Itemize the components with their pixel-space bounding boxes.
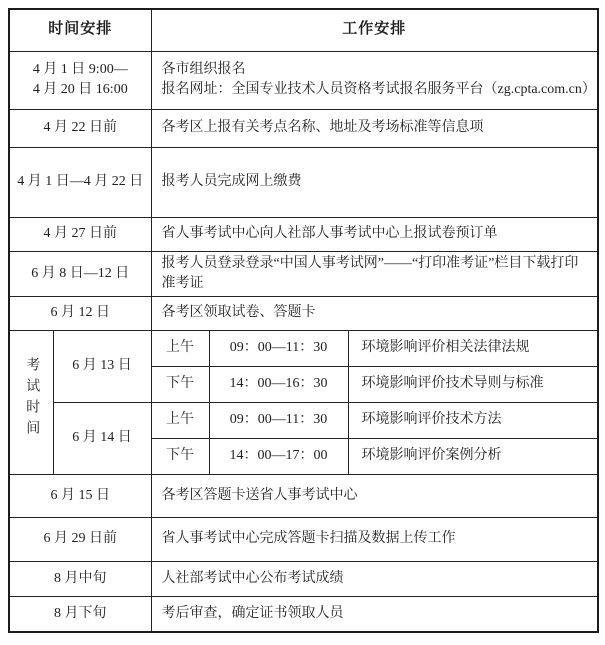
time-text: 4 月 1 日 9:00— 4 月 20 日 16:00 [33,60,128,101]
work-cell: 各考区答题卡送省人事考试中心 [151,475,598,518]
exam-time-label-cell: 考试时间 [9,331,53,475]
header-work-col: 工作安排 [151,9,598,51]
table-row: 6 月 8 日—12 日 报考人员登录登录“中国人事考试网”——“打印准考证”栏… [9,251,598,297]
work-cell: 省人事考试中心完成答题卡扫描及数据上传工作 [151,518,598,562]
time-cell: 8 月中旬 [9,562,151,597]
time-cell: 4 月 22 日前 [9,109,151,147]
table-row: 8 月下旬 考后审查，确定证书领取人员 [9,597,598,632]
exam-period-cell: 上午 [151,403,209,439]
table-row: 4 月 22 日前 各考区上报有关考点名称、地址及考场标准等信息项 [9,109,598,147]
time-cell: 6 月 29 日前 [9,518,151,562]
header-time-col: 时间安排 [9,9,151,51]
table-row: 6 月 29 日前 省人事考试中心完成答题卡扫描及数据上传工作 [9,518,598,562]
time-cell: 4 月 27 日前 [9,217,151,251]
time-cell: 6 月 15 日 [9,475,151,518]
exam-period-cell: 下午 [151,367,209,403]
schedule-table: 时间安排 工作安排 4 月 1 日 9:00— 4 月 20 日 16:00 各… [8,8,599,633]
exam-timerange-cell: 14：00—17：00 [209,439,348,475]
time-cell: 8 月下旬 [9,597,151,632]
time-cell: 6 月 8 日—12 日 [9,251,151,297]
work-cell: 考后审查，确定证书领取人员 [151,597,598,632]
exam-period-cell: 下午 [151,439,209,475]
work-cell: 人社部考试中心公布考试成绩 [151,562,598,597]
table-row: 6 月 15 日 各考区答题卡送省人事考试中心 [9,475,598,518]
exam-date-cell: 6 月 14 日 [53,403,151,475]
table-row: 4 月 1 日—4 月 22 日 报考人员完成网上缴费 [9,147,598,217]
exam-date-cell: 6 月 13 日 [53,331,151,403]
time-cell: 6 月 12 日 [9,297,151,331]
document-page: 时间安排 工作安排 4 月 1 日 9:00— 4 月 20 日 16:00 各… [0,0,605,645]
exam-timerange-cell: 14：00—16：30 [209,367,348,403]
exam-subject-cell: 环境影响评价技术方法 [348,403,598,439]
work-cell: 省人事考试中心向人社部人事考试中心上报试卷预订单 [151,217,598,251]
work-cell: 各考区领取试卷、答题卡 [151,297,598,331]
table-row: 8 月中旬 人社部考试中心公布考试成绩 [9,562,598,597]
work-cell: 各市组织报名 报名网址：全国专业技术人员资格考试报名服务平台（zg.cpta.c… [151,51,598,109]
table-row: 6 月 12 日 各考区领取试卷、答题卡 [9,297,598,331]
time-cell: 4 月 1 日—4 月 22 日 [9,147,151,217]
exam-timerange-cell: 09：00—11：30 [209,403,348,439]
work-cell: 报考人员完成网上缴费 [151,147,598,217]
exam-row: 6 月 14 日 上午 09：00—11：30 环境影响评价技术方法 [9,403,598,439]
table-row: 4 月 1 日 9:00— 4 月 20 日 16:00 各市组织报名 报名网址… [9,51,598,109]
exam-timerange-cell: 09：00—11：30 [209,331,348,367]
exam-subject-cell: 环境影响评价案例分析 [348,439,598,475]
exam-subject-cell: 环境影响评价技术导则与标准 [348,367,598,403]
exam-time-label: 考试时间 [24,357,38,441]
exam-row: 考试时间 6 月 13 日 上午 09：00—11：30 环境影响评价相关法律法… [9,331,598,367]
time-cell: 4 月 1 日 9:00— 4 月 20 日 16:00 [9,51,151,109]
work-cell: 报考人员登录登录“中国人事考试网”——“打印准考证”栏目下载打印准考证 [151,251,598,297]
table-row: 4 月 27 日前 省人事考试中心向人社部人事考试中心上报试卷预订单 [9,217,598,251]
exam-period-cell: 上午 [151,331,209,367]
header-row: 时间安排 工作安排 [9,9,598,51]
exam-subject-cell: 环境影响评价相关法律法规 [348,331,598,367]
work-cell: 各考区上报有关考点名称、地址及考场标准等信息项 [151,109,598,147]
